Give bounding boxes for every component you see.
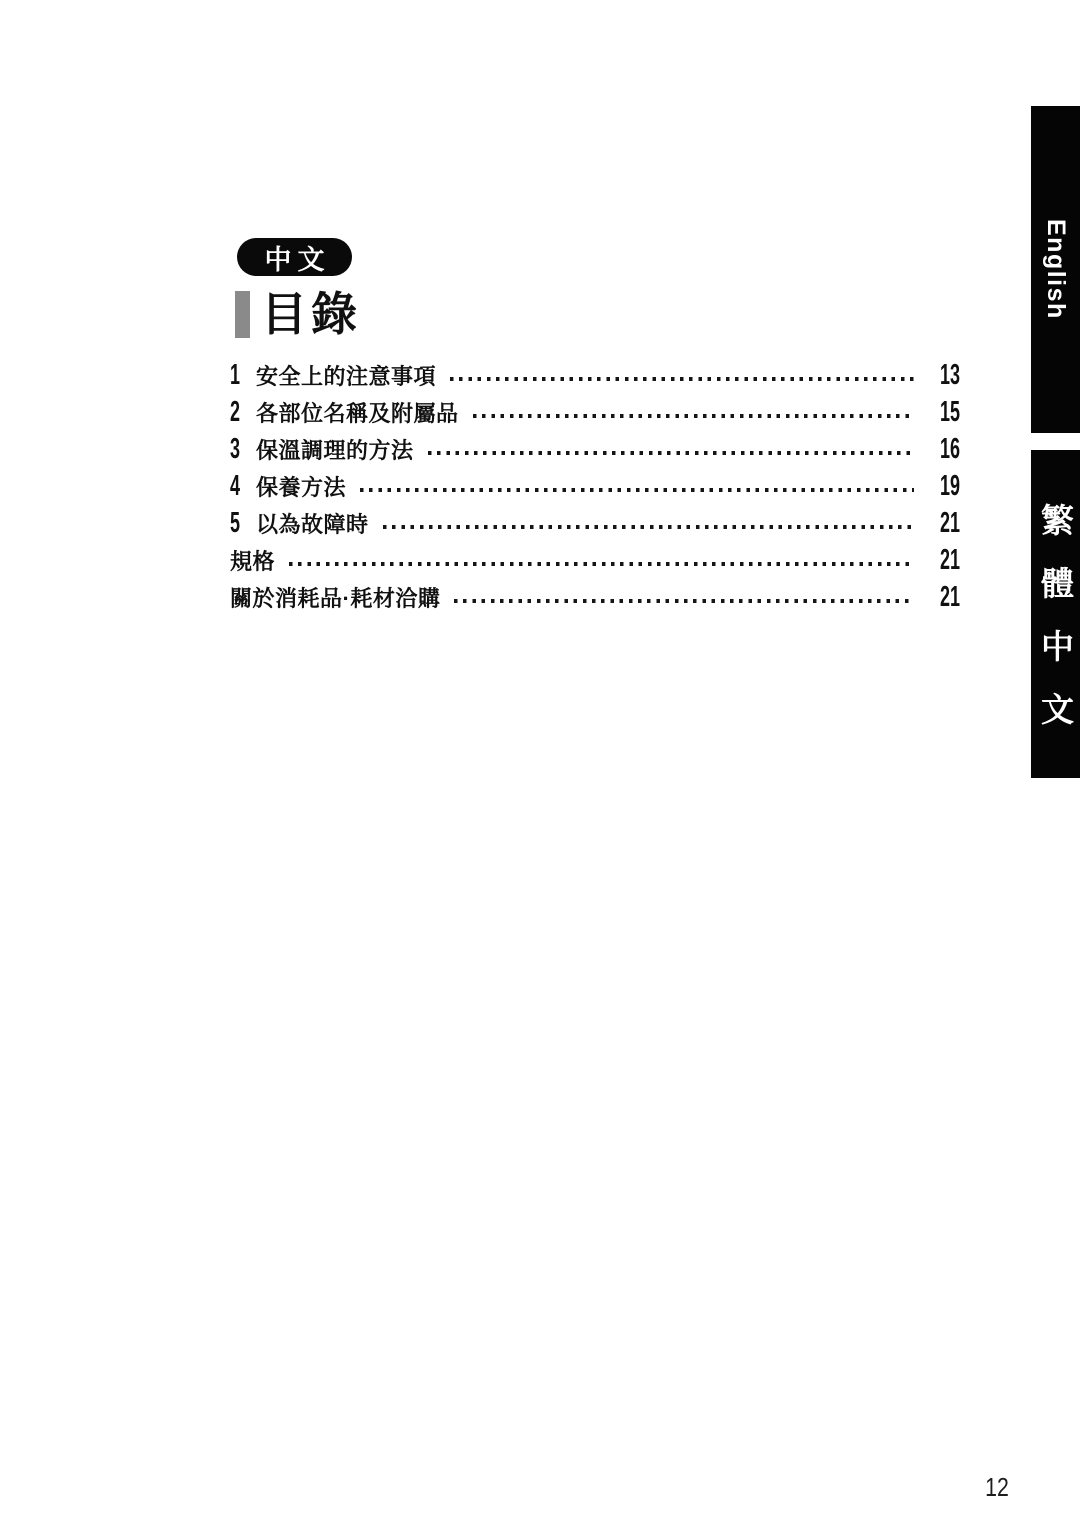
toc-leader-dots — [428, 451, 914, 455]
language-badge-label: 中文 — [265, 238, 331, 277]
page-number: 12 — [977, 1472, 1018, 1503]
toc-entry-page: 21 — [938, 581, 960, 614]
toc-entry-title: 以為故障時 — [256, 508, 369, 539]
language-badge: 中文 — [237, 238, 352, 276]
toc-entry-page: 21 — [938, 544, 960, 577]
toc-entry: 規格 21 — [230, 542, 960, 579]
toc-entry-number: 3 — [230, 433, 246, 466]
toc-entry: 4 保養方法 19 — [230, 468, 960, 505]
toc-entry-title: 保溫調理的方法 — [256, 434, 414, 465]
toc-entry: 關於消耗品·耗材洽購 21 — [230, 579, 960, 616]
toc-leader-dots — [289, 562, 914, 566]
manual-page: 中文 目錄 1 安全上的注意事項 13 2 各部位名稱及附屬品 15 3 保溫調… — [0, 0, 1080, 1525]
toc-entry-title: 各部位名稱及附屬品 — [256, 397, 459, 428]
toc-leader-dots — [383, 525, 914, 529]
toc-entry-title: 關於消耗品·耗材洽購 — [230, 582, 440, 613]
toc-leader-dots — [473, 414, 914, 418]
toc-entry-number: 5 — [230, 507, 246, 540]
toc-entry-number: 1 — [230, 359, 246, 392]
side-tab-traditional-chinese-label: 繁體中文 — [1032, 503, 1079, 755]
section-heading: 目錄 — [235, 291, 361, 338]
toc-entry: 1 安全上的注意事項 13 — [230, 357, 960, 394]
toc-entry-title: 保養方法 — [256, 471, 346, 502]
toc-entry: 5 以為故障時 21 — [230, 505, 960, 542]
toc-entry-title: 規格 — [230, 545, 275, 576]
toc-entry-page: 16 — [938, 433, 960, 466]
page-title: 目錄 — [261, 291, 361, 338]
side-tab-english-label: English — [1041, 219, 1070, 320]
toc-leader-dots — [454, 599, 914, 603]
toc-entry: 2 各部位名稱及附屬品 15 — [230, 394, 960, 431]
toc-entry-number: 2 — [230, 396, 246, 429]
side-tab-english: English — [1031, 106, 1080, 433]
toc-leader-dots — [450, 377, 914, 381]
toc-entry-page: 21 — [938, 507, 960, 540]
toc-entry-number: 4 — [230, 470, 246, 503]
side-tab-traditional-chinese: 繁體中文 — [1031, 450, 1080, 778]
toc-entry-page: 13 — [938, 359, 960, 392]
accent-bar — [235, 291, 250, 338]
table-of-contents: 1 安全上的注意事項 13 2 各部位名稱及附屬品 15 3 保溫調理的方法 1… — [230, 357, 960, 616]
toc-entry-page: 19 — [938, 470, 960, 503]
toc-entry-title: 安全上的注意事項 — [256, 360, 436, 391]
toc-entry-page: 15 — [938, 396, 960, 429]
toc-entry: 3 保溫調理的方法 16 — [230, 431, 960, 468]
toc-leader-dots — [360, 488, 914, 492]
